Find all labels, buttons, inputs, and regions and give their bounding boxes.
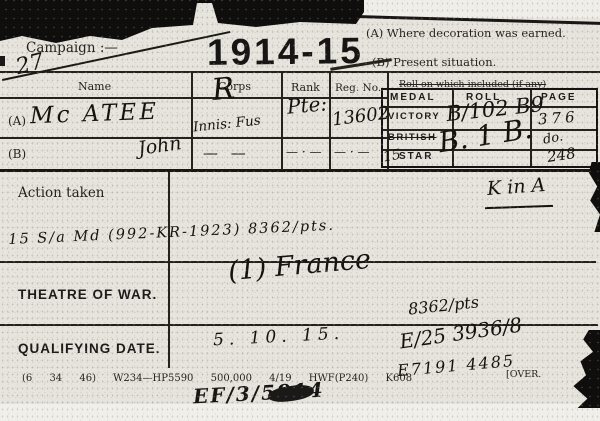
medal-box-header-medal: MEDAL xyxy=(390,92,436,103)
medal-row-star-prefix: 15 xyxy=(382,147,402,166)
handwritten-ref-e7: E7191 4485 xyxy=(396,351,515,380)
rule-table-bottom xyxy=(0,169,600,172)
table-header-reg-no: Reg. No. xyxy=(335,82,381,94)
row-a-label: (A) xyxy=(8,114,26,128)
handwritten-ref-pts: 8362/pts xyxy=(407,292,480,318)
handwritten-ref-e25: E/25 3936/8 xyxy=(398,313,524,354)
medal-row-victory-label: VICTORY xyxy=(388,111,440,122)
theatre-of-war-label: THEATRE OF WAR. xyxy=(18,287,157,302)
action-taken-label: Action taken xyxy=(18,185,105,201)
handwritten-corps: Innis: Fus xyxy=(192,113,261,136)
row-b-rank-dash: — · — xyxy=(286,145,321,159)
killed-in-action-underline xyxy=(485,205,553,209)
handwritten-victory-page: 376 xyxy=(537,108,579,129)
rule-col-rank-right xyxy=(329,73,331,170)
over-label: [OVER. xyxy=(506,369,541,380)
scan-background-bottom xyxy=(0,404,600,421)
row-b-label: (B) xyxy=(8,147,26,161)
handwritten-corps-initial: R xyxy=(210,71,236,108)
medal-box-header-page: PAGE xyxy=(541,92,577,103)
handwritten-rank: Pte: xyxy=(286,91,328,118)
handwritten-theatre-value: (1) France xyxy=(227,244,372,287)
scan-mark-left xyxy=(0,56,5,66)
rule-middle-vertical xyxy=(168,172,170,368)
handwritten-qualifying-date: 5. 10. 15. xyxy=(213,324,345,351)
handwritten-killed-in-action: K in A xyxy=(486,174,546,200)
scan-border-right-upper xyxy=(586,162,600,232)
qualifying-date-label: QUALIFYING DATE. xyxy=(18,341,161,356)
table-header-name: Name xyxy=(78,80,111,93)
row-b-reg-dash: — · — xyxy=(334,145,369,159)
medal-row-star-label: STAR xyxy=(399,151,433,162)
handwritten-action-entry: 15 S/a Md (992-KR-1923) 8362/pts. xyxy=(8,218,335,248)
medal-row-british-label: BRITISH xyxy=(388,132,437,143)
scan-border-right-lower xyxy=(572,330,600,408)
note-a-where-earned: (A) Where decoration was earned. xyxy=(366,26,566,40)
row-b-corps-dash: — — xyxy=(203,144,250,162)
handwritten-forename: John xyxy=(137,132,183,160)
rule-col-corps-right xyxy=(281,73,283,170)
note-b-present-situation: (B) Present situation. xyxy=(372,55,496,69)
handwritten-surname: Mc ATEE xyxy=(30,99,160,129)
medal-index-card-scan: 27 Campaign :— 1914-15 (A) Where decorat… xyxy=(0,0,600,421)
